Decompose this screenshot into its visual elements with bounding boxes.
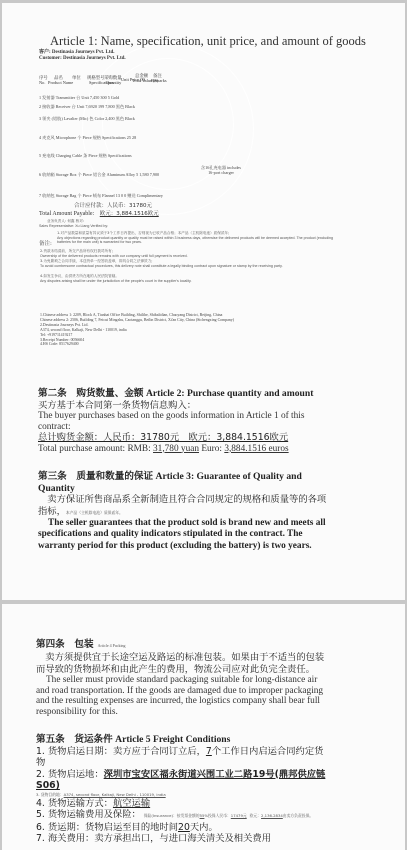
- article2-total-en: Total purchase amount: RMB: 31,780 yuan …: [38, 444, 338, 455]
- sales-rep-zh: 业务负责人: 何鑫 核对:: [47, 219, 84, 224]
- notes-label: 备注:: [39, 239, 52, 247]
- note-2: 2.货款未结清前，所交产品所有权归我司所有; Ownership of the …: [40, 249, 340, 258]
- table-row: 5 充电线 Charging Cable 条 Piece 规格 Specific…: [39, 153, 132, 158]
- article2-total-zh: 总计购货金额：人民币：31780元 欧元：3,884.1516欧元: [38, 432, 338, 444]
- table-row: 3 领夹 (铝肢) Lavalier (Mic) 色 Color 2,400 黑…: [39, 116, 135, 121]
- table-row-remark: 含16孔充电器 includes 16-port charger: [200, 165, 242, 175]
- note-1: 1.对产品数量和质量有异议须于3个工作日内提出，否则视为已收产品合格；本产品（主…: [57, 231, 347, 245]
- freight-item-4: 4. 货物运输方式：航空运输: [36, 798, 332, 810]
- col-qty-en: Quantity: [106, 80, 121, 85]
- sales-rep-en: Sales Representative: Xu Liang Verified …: [39, 224, 108, 229]
- article3-heading: 第三条 质量和数量的保证 Article 3: Guarantee of Qua…: [38, 471, 330, 494]
- article2-body-zh: 买方基于本合同第一条货物信息购入：: [38, 400, 338, 412]
- article2-heading: 第二条 购货数量、金额 Article 2: Purchase quantity…: [38, 388, 338, 400]
- freight-item-7: 7. 海关费用：卖方承担出口，与进口海关清关及相关费用: [36, 833, 332, 845]
- article3-body-en: The seller guarantees that the product s…: [38, 518, 330, 552]
- table-row: 2 接收器 Receiver 台 Unit 7,6920 199 7,800 黑…: [39, 104, 135, 109]
- article5-heading: 第五条 货运条件 Article 5 Freight Conditions: [36, 734, 332, 746]
- note-3: 3.为免繁琐之合同手续，本送货单一经签收盖章，即具合同之法律效力; To avo…: [40, 259, 340, 268]
- table-row: 6 收纳箱 Storage Box 个 Piece 铝合金 Aluminum A…: [39, 172, 159, 177]
- customer-en: Customer: Destinasia Journeys Pvt. Ltd.: [39, 56, 126, 62]
- col-name-en: Product Name: [48, 80, 73, 85]
- article3: 第三条 质量和数量的保证 Article 3: Guarantee of Qua…: [38, 471, 330, 552]
- total-payable-label: Total Amount Payable:: [39, 211, 94, 217]
- article2-body-en: The buyer purchases based on the goods i…: [38, 411, 338, 432]
- document-page-2: 第四条 包装 Article 4 Packing 卖方须提供宜于长途空运及路运的…: [2, 604, 405, 850]
- customer-block: 客户: Destinasia Journeys Pvt. Ltd. Custom…: [39, 50, 126, 62]
- article3-body-zh: 卖方保证所售商品系全新制造且符合合同规定的规格和质量等的各项指标，本产品（主机除…: [38, 494, 330, 518]
- table-row: 7 收纳包 Storage Bag 个 Piece 绒布 Flannel 13 …: [39, 193, 163, 198]
- freight-item-1: 1. 货物启运日期：卖方应于合同订立后，7个工作日内启运合同约定货物: [36, 746, 332, 769]
- table-row: 4 麦克风 Microphone 个 Piece 规格 Specificatio…: [39, 135, 136, 140]
- col-remarks-en: Remarks: [151, 78, 167, 83]
- article4-body-zh: 卖方须提供宜于长途空运及路运的标准包装。如果由于不适当的包装而导致的货物损坏和由…: [36, 652, 332, 675]
- note-4: 4.如发生争议，由供货方所在地的人民法院管辖。 Any disputes ari…: [40, 274, 340, 283]
- freight-item-5: 5. 货物运输费用及保险： 保险(Insurance)：按发票金额的55%投保人…: [36, 809, 332, 822]
- col-unit-zh: 单位: [72, 75, 81, 80]
- article4: 第四条 包装 Article 4 Packing 卖方须提供宜于长途空运及路运的…: [36, 634, 332, 717]
- address-block: 1.Chinese address 1: 2209, Block A, Tian…: [40, 313, 234, 347]
- article4-body-en: The seller must provide standard packagi…: [36, 675, 332, 717]
- freight-item-6: 6. 货运期：货物启运至目的地时间20天内。: [36, 822, 332, 834]
- total-payable-row: Total Amount Payable: 欧元：3,884.1516欧元: [39, 210, 159, 218]
- total-payable-eur: 欧元：3,884.1516欧元: [100, 211, 159, 217]
- article5: 第五条 货运条件 Article 5 Freight Conditions 1.…: [36, 734, 332, 845]
- article2: 第二条 购货数量、金额 Article 2: Purchase quantity…: [38, 388, 338, 454]
- article1-title: Article 1: Name, specification, unit pri…: [50, 34, 366, 49]
- total-payable-zh: 合计应付款：人民币：31780元: [74, 202, 152, 210]
- document-page-1: Article 1: Name, specification, unit pri…: [2, 3, 405, 600]
- freight-item-2: 2. 货物启运地：深圳市宝安区福永街道兴围工业二路19号(鼎邦供应链S06): [36, 769, 332, 792]
- article4-heading: 第四条 包装 Article 4 Packing: [36, 634, 332, 652]
- col-no-en: No.: [39, 80, 45, 85]
- scan-artifact: [82, 43, 254, 215]
- table-row: 1 发射器 Transmitter 台 Unit 7,450 300 5 Gol…: [39, 95, 119, 100]
